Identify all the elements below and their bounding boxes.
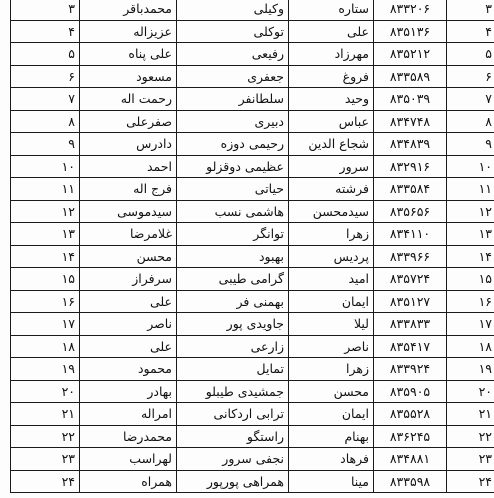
last-name-cell: توکلی [177,20,289,43]
student-id-cell: ۸۳۵۶۵۶ [374,200,447,223]
first-name-cell: بهنام [289,425,374,448]
father-name-cell: رحمت اله [80,88,177,111]
first-name-cell: لیلا [289,313,374,336]
index-number-cell: ۶ [11,65,80,88]
student-roster-table: ۳ ۸۳۳۲۰۶ ستاره وکیلی محمدباقر ۳ ۴ ۸۳۵۱۳۶… [10,0,494,493]
index-number-cell: ۸ [11,110,80,133]
table-row: ۷ ۸۳۵۰۳۹ وحید سلطانفر رحمت اله ۷ [11,88,494,111]
last-name-cell: گرامی طیبی [177,268,289,291]
last-name-cell: سلطانفر [177,88,289,111]
row-number-cell: ۲۴ [447,470,494,493]
index-number-cell: ۱۰ [11,155,80,178]
last-name-cell: جمشیدی طیبلو [177,380,289,403]
table-row: ۲۴ ۸۳۳۵۹۸ مینا همراهی پورپور همراه ۲۴ [11,470,494,493]
index-number-cell: ۱۴ [11,245,80,268]
table-row: ۸ ۸۳۴۷۴۸ عباس دبیری صفرعلی ۸ [11,110,494,133]
father-name-cell: همراه [80,470,177,493]
first-name-cell: علی [289,20,374,43]
first-name-cell: عباس [289,110,374,133]
father-name-cell: بهادر [80,380,177,403]
table-row: ۵ ۸۳۵۲۱۲ مهرزاد رفیعی علی پناه ۵ [11,43,494,66]
index-number-cell: ۱۳ [11,223,80,246]
father-name-cell: علی [80,335,177,358]
index-number-cell: ۱۲ [11,200,80,223]
row-number-cell: ۵ [447,43,494,66]
father-name-cell: غلامرضا [80,223,177,246]
father-name-cell: مسعود [80,65,177,88]
last-name-cell: نجفی سرور [177,448,289,471]
table-row: ۱۶ ۸۳۵۱۲۷ ایمان بهمنی فر علی ۱۶ [11,290,494,313]
father-name-cell: عزیزاله [80,20,177,43]
first-name-cell: مهرزاد [289,43,374,66]
index-number-cell: ۳ [11,0,80,20]
first-name-cell: مینا [289,470,374,493]
table-row: ۳ ۸۳۳۲۰۶ ستاره وکیلی محمدباقر ۳ [11,0,494,20]
last-name-cell: عظیمی دوقزلو [177,155,289,178]
student-id-cell: ۸۳۴۸۳۹ [374,133,447,156]
first-name-cell: فروغ [289,65,374,88]
student-id-cell: ۸۳۵۱۳۶ [374,20,447,43]
father-name-cell: ناصر [80,313,177,336]
first-name-cell: سرور [289,155,374,178]
roster-table-body: ۳ ۸۳۳۲۰۶ ستاره وکیلی محمدباقر ۳ ۴ ۸۳۵۱۳۶… [11,0,494,493]
index-number-cell: ۲۳ [11,448,80,471]
row-number-cell: ۲۱ [447,403,494,426]
row-number-cell: ۱۴ [447,245,494,268]
last-name-cell: هاشمی نسب [177,200,289,223]
first-name-cell: فرهاد [289,448,374,471]
last-name-cell: بهبود [177,245,289,268]
last-name-cell: دبیری [177,110,289,133]
father-name-cell: علی [80,290,177,313]
row-number-cell: ۱۸ [447,335,494,358]
table-row: ۱۲ ۸۳۵۶۵۶ سیدمحسن هاشمی نسب سیدموسی ۱۲ [11,200,494,223]
first-name-cell: شجاع الدین [289,133,374,156]
last-name-cell: رحیمی دوزه [177,133,289,156]
table-row: ۱۴ ۸۳۳۹۶۶ پردیس بهبود محسن ۱۴ [11,245,494,268]
table-row: ۱۱ ۸۳۳۵۸۴ فرشته حیاتی فرج اله ۱۱ [11,178,494,201]
student-id-cell: ۸۳۳۹۶۶ [374,245,447,268]
father-name-cell: دادرس [80,133,177,156]
index-number-cell: ۲۱ [11,403,80,426]
row-number-cell: ۱۲ [447,200,494,223]
table-row: ۲۱ ۸۳۵۵۲۸ ایمان ترابی اردکانی امراله ۲۱ [11,403,494,426]
first-name-cell: وحید [289,88,374,111]
table-row: ۲۲ ۸۳۶۲۴۵ بهنام راستگو محمدرضا ۲۲ [11,425,494,448]
father-name-cell: فرج اله [80,178,177,201]
table-row: ۴ ۸۳۵۱۳۶ علی توکلی عزیزاله ۴ [11,20,494,43]
last-name-cell: رفیعی [177,43,289,66]
last-name-cell: جعفری [177,65,289,88]
row-number-cell: ۲۳ [447,448,494,471]
student-id-cell: ۸۳۴۸۸۱ [374,448,447,471]
row-number-cell: ۲۰ [447,380,494,403]
row-number-cell: ۱۹ [447,358,494,381]
index-number-cell: ۱۶ [11,290,80,313]
table-row: ۹ ۸۳۴۸۳۹ شجاع الدین رحیمی دوزه دادرس ۹ [11,133,494,156]
father-name-cell: محسن [80,245,177,268]
index-number-cell: ۹ [11,133,80,156]
student-id-cell: ۸۳۶۲۴۵ [374,425,447,448]
table-row: ۱۸ ۸۳۵۴۱۷ ناصر زارعی علی ۱۸ [11,335,494,358]
student-id-cell: ۸۳۴۷۴۸ [374,110,447,133]
student-id-cell: ۸۳۵۹۰۵ [374,380,447,403]
last-name-cell: ترابی اردکانی [177,403,289,426]
table-row: ۲۰ ۸۳۵۹۰۵ محسن جمشیدی طیبلو بهادر ۲۰ [11,380,494,403]
student-id-cell: ۸۳۳۵۸۴ [374,178,447,201]
first-name-cell: زهرا [289,223,374,246]
father-name-cell: لهراسب [80,448,177,471]
row-number-cell: ۸ [447,110,494,133]
row-number-cell: ۱۶ [447,290,494,313]
first-name-cell: فرشته [289,178,374,201]
student-id-cell: ۸۳۵۴۱۷ [374,335,447,358]
last-name-cell: راستگو [177,425,289,448]
index-number-cell: ۱۸ [11,335,80,358]
first-name-cell: سیدمحسن [289,200,374,223]
first-name-cell: ستاره [289,0,374,20]
index-number-cell: ۵ [11,43,80,66]
last-name-cell: وکیلی [177,0,289,20]
table-row: ۱۷ ۸۳۳۸۳۳ لیلا جاویدی پور ناصر ۱۷ [11,313,494,336]
father-name-cell: سرفراز [80,268,177,291]
last-name-cell: جاویدی پور [177,313,289,336]
table-row: ۶ ۸۳۳۵۸۹ فروغ جعفری مسعود ۶ [11,65,494,88]
index-number-cell: ۱۷ [11,313,80,336]
father-name-cell: محمدباقر [80,0,177,20]
father-name-cell: سیدموسی [80,200,177,223]
first-name-cell: ایمان [289,290,374,313]
student-id-cell: ۸۳۳۸۳۳ [374,313,447,336]
index-number-cell: ۴ [11,20,80,43]
row-number-cell: ۱۱ [447,178,494,201]
student-id-cell: ۸۳۳۹۲۴ [374,358,447,381]
father-name-cell: علی پناه [80,43,177,66]
last-name-cell: تمایل [177,358,289,381]
row-number-cell: ۱۷ [447,313,494,336]
student-id-cell: ۸۳۵۵۲۸ [374,403,447,426]
index-number-cell: ۲۲ [11,425,80,448]
table-row: ۱۵ ۸۳۵۷۲۴ امید گرامی طیبی سرفراز ۱۵ [11,268,494,291]
student-id-cell: ۸۳۴۱۱۰ [374,223,447,246]
father-name-cell: صفرعلی [80,110,177,133]
row-number-cell: ۱۰ [447,155,494,178]
father-name-cell: محمدرضا [80,425,177,448]
index-number-cell: ۱۵ [11,268,80,291]
index-number-cell: ۲۴ [11,470,80,493]
student-id-cell: ۸۳۲۹۱۶ [374,155,447,178]
table-row: ۱۹ ۸۳۳۹۲۴ زهرا تمایل محمود ۱۹ [11,358,494,381]
student-id-cell: ۸۳۵۱۲۷ [374,290,447,313]
table-row: ۱۳ ۸۳۴۱۱۰ زهرا توانگر غلامرضا ۱۳ [11,223,494,246]
row-number-cell: ۶ [447,65,494,88]
student-id-cell: ۸۳۳۲۰۶ [374,0,447,20]
first-name-cell: پردیس [289,245,374,268]
first-name-cell: ناصر [289,335,374,358]
last-name-cell: حیاتی [177,178,289,201]
last-name-cell: بهمنی فر [177,290,289,313]
last-name-cell: همراهی پورپور [177,470,289,493]
father-name-cell: احمد [80,155,177,178]
row-number-cell: ۴ [447,20,494,43]
index-number-cell: ۱۹ [11,358,80,381]
row-number-cell: ۱۵ [447,268,494,291]
index-number-cell: ۷ [11,88,80,111]
table-row: ۱۰ ۸۳۲۹۱۶ سرور عظیمی دوقزلو احمد ۱۰ [11,155,494,178]
father-name-cell: محمود [80,358,177,381]
student-id-cell: ۸۳۳۵۹۸ [374,470,447,493]
index-number-cell: ۱۱ [11,178,80,201]
table-row: ۲۳ ۸۳۴۸۸۱ فرهاد نجفی سرور لهراسب ۲۳ [11,448,494,471]
student-id-cell: ۸۳۳۵۸۹ [374,65,447,88]
first-name-cell: ایمان [289,403,374,426]
scanned-document-page: ۳ ۸۳۳۲۰۶ ستاره وکیلی محمدباقر ۳ ۴ ۸۳۵۱۳۶… [0,0,494,498]
last-name-cell: زارعی [177,335,289,358]
first-name-cell: زهرا [289,358,374,381]
student-id-cell: ۸۳۵۰۳۹ [374,88,447,111]
first-name-cell: محسن [289,380,374,403]
index-number-cell: ۲۰ [11,380,80,403]
first-name-cell: امید [289,268,374,291]
father-name-cell: امراله [80,403,177,426]
row-number-cell: ۱۳ [447,223,494,246]
student-id-cell: ۸۳۵۷۲۴ [374,268,447,291]
last-name-cell: توانگر [177,223,289,246]
row-number-cell: ۲۲ [447,425,494,448]
student-id-cell: ۸۳۵۲۱۲ [374,43,447,66]
row-number-cell: ۷ [447,88,494,111]
row-number-cell: ۳ [447,0,494,20]
row-number-cell: ۹ [447,133,494,156]
